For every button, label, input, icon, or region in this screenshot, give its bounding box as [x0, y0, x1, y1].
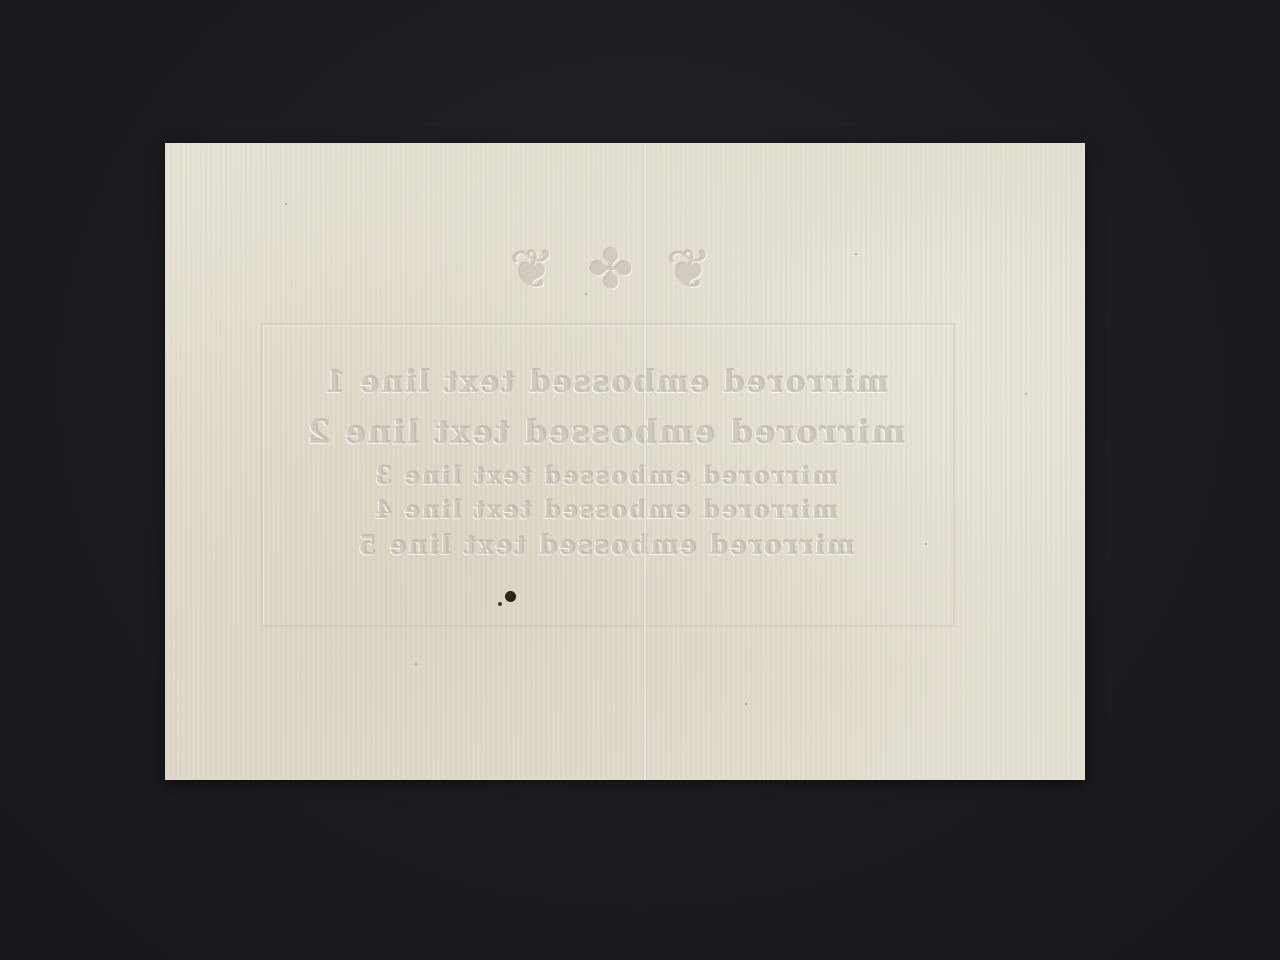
pin-hole-small	[498, 602, 502, 606]
embossed-text-line: mirrored embossed text line 3	[265, 461, 945, 490]
paper-speck	[415, 663, 417, 665]
paper-note: ❦ ✤ ❦ mirrored embossed text line 1 mirr…	[165, 143, 1085, 780]
embossed-text-line: mirrored embossed text line 4	[265, 495, 945, 524]
embossed-ornament: ❦ ✤ ❦	[435, 225, 795, 315]
paper-speck	[1025, 393, 1027, 395]
embossed-text-line: mirrored embossed text line 5	[265, 531, 945, 561]
pin-hole	[505, 591, 516, 602]
paper-speck	[855, 253, 857, 255]
embossed-text-line: mirrored embossed text line 1	[265, 365, 945, 400]
fold-crease	[643, 143, 647, 780]
paper-speck	[585, 293, 587, 295]
paper-speck	[925, 543, 927, 545]
paper-speck	[745, 703, 747, 705]
embossed-text-line: mirrored embossed text line 2	[265, 413, 945, 451]
paper-speck	[285, 203, 287, 205]
